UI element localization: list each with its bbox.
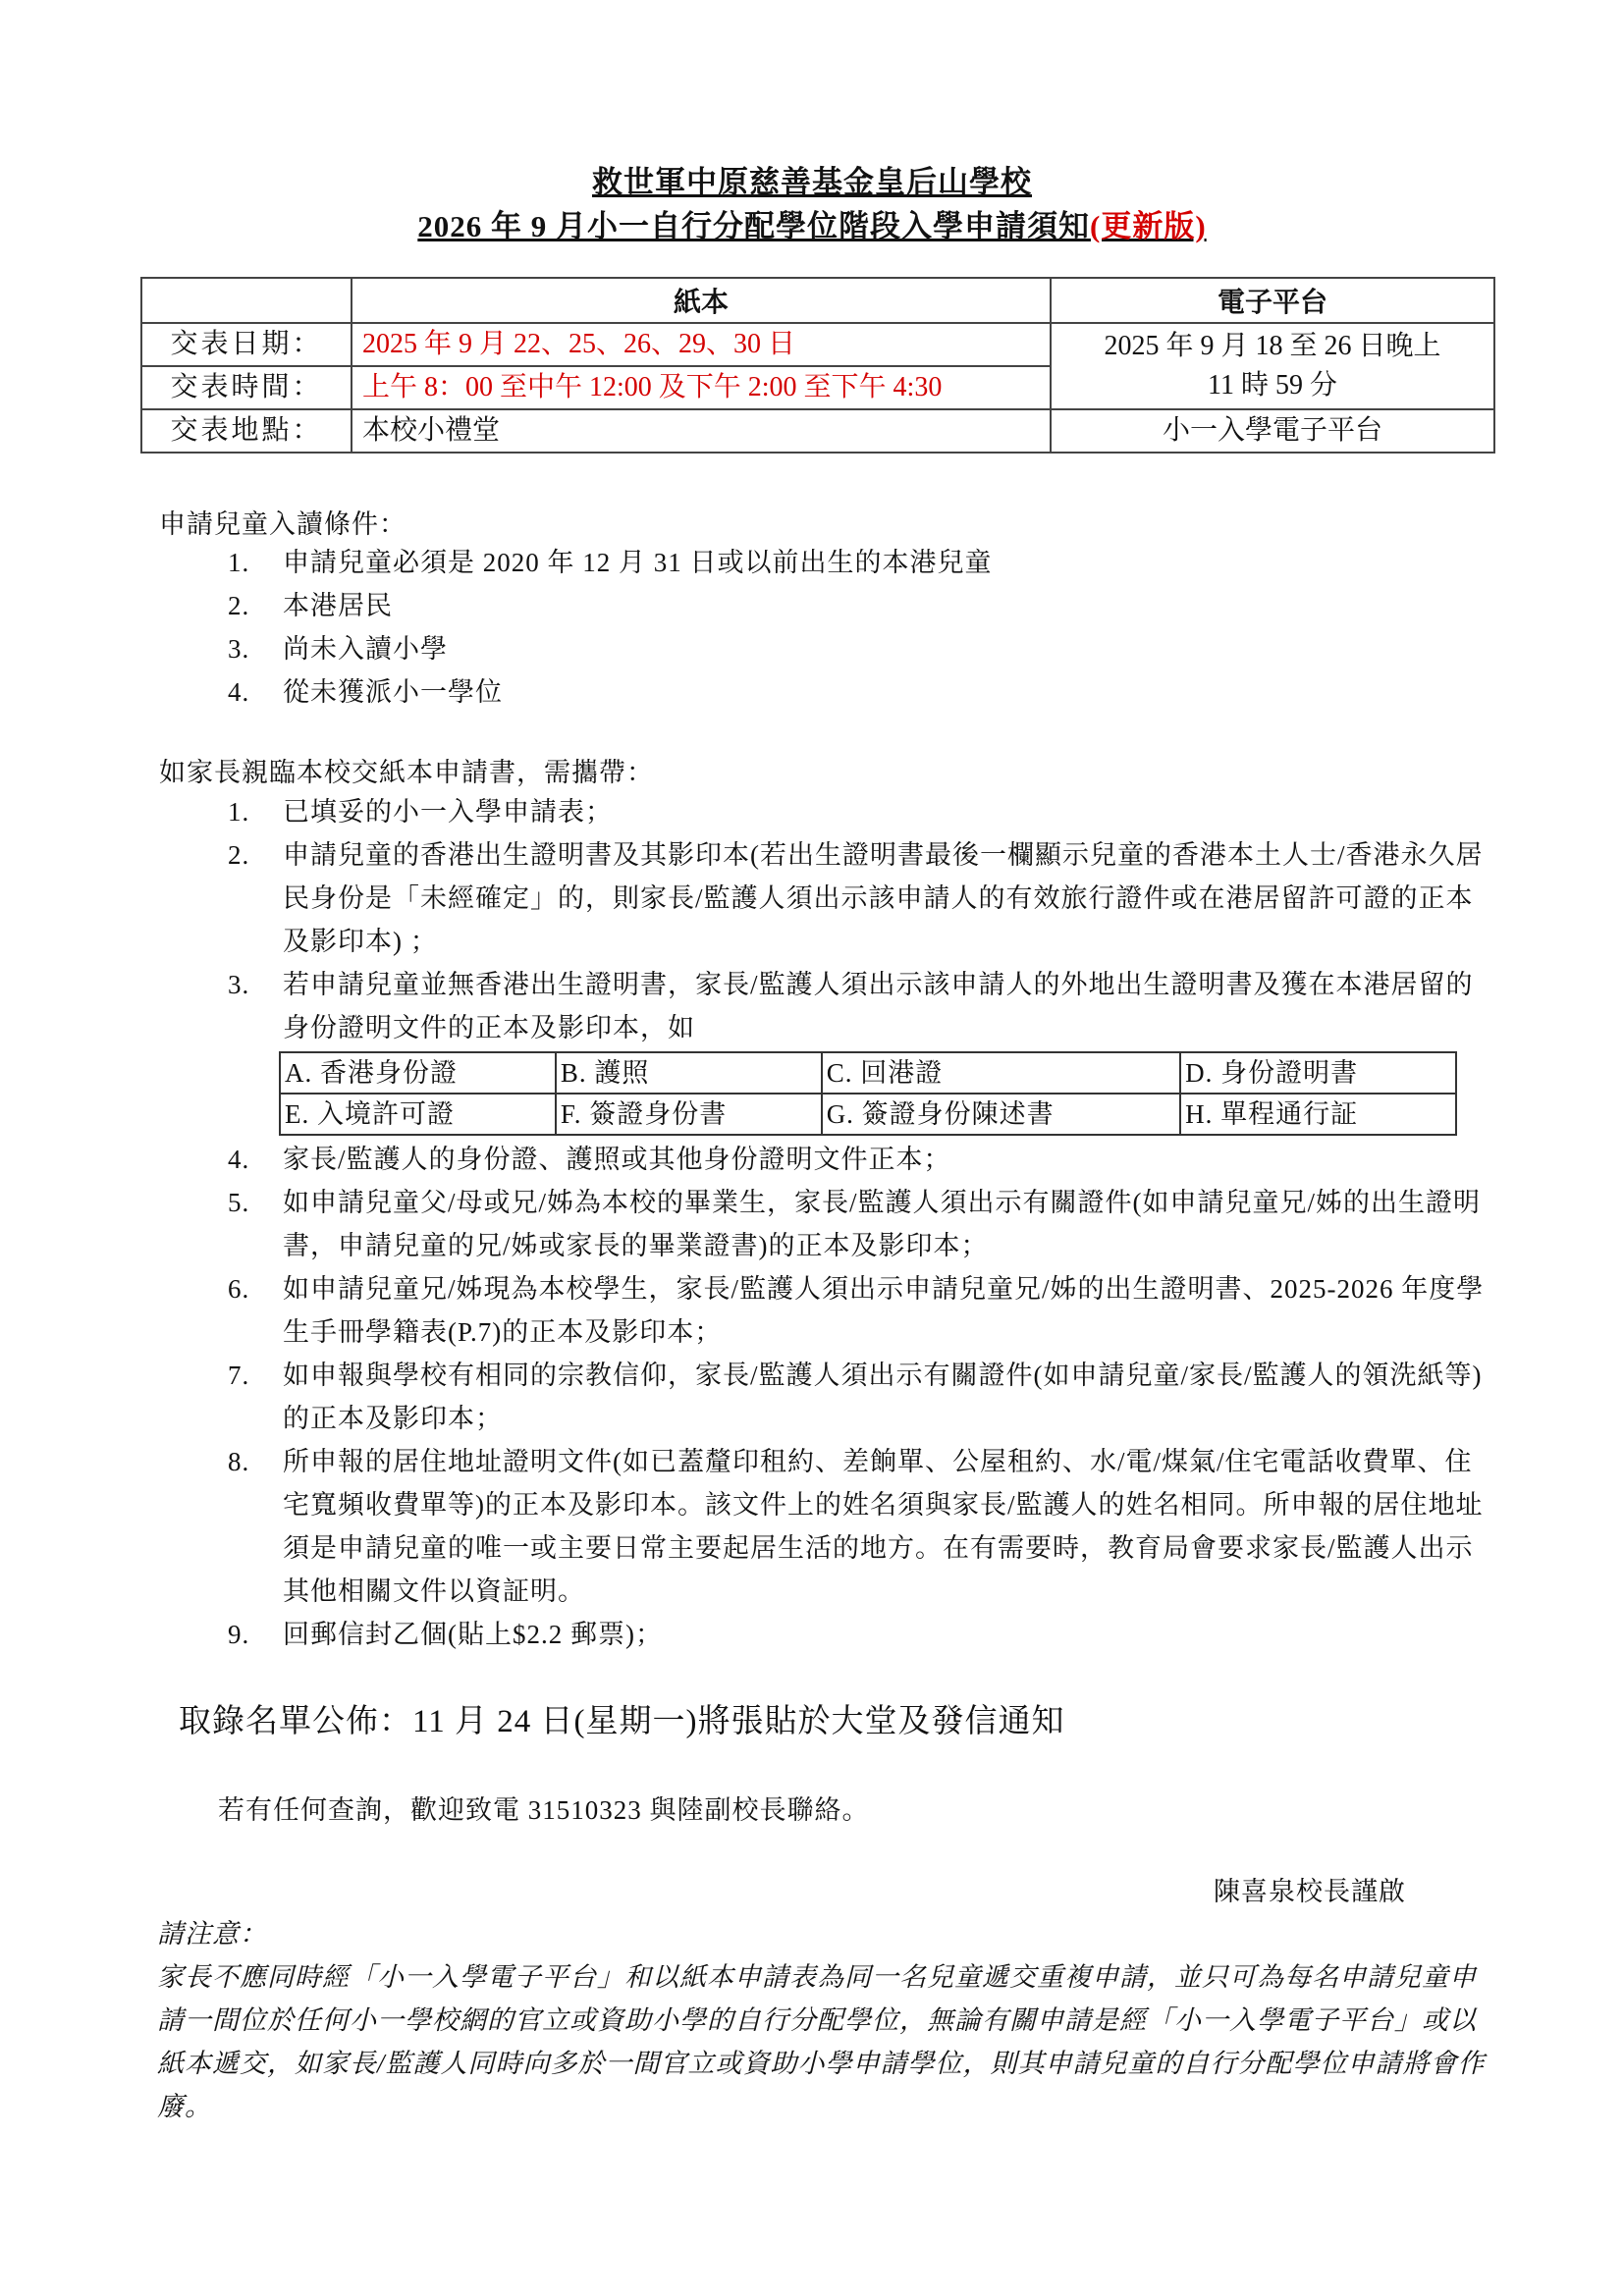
admission-announcement: 取錄名單公佈：11 月 24 日(星期一)將張貼於大堂及發信通知 <box>179 1695 1065 1741</box>
eplatform-venue: 小一入學電子平台 <box>1051 409 1494 453</box>
list-item: 4.從未獲派小一學位 <box>228 670 1494 714</box>
notice-title: 2026 年 9 月小一自行分配學位階段入學申請須知(更新版) <box>0 201 1624 245</box>
doc-cell: H. 單程通行証 <box>1180 1094 1456 1135</box>
col-header-paper: 紙本 <box>352 278 1051 323</box>
principal-signature: 陳喜泉校長謹啟 <box>1214 1870 1406 1908</box>
enquiry-text: 若有任何查詢，歡迎致電 31510323 與陸副校長聯絡。 <box>218 1789 870 1827</box>
eligibility-list: 1.申請兒童必須是 2020 年 12 月 31 日或以前出生的本港兒童 2.本… <box>228 541 1494 714</box>
doc-cell: E. 入境許可證 <box>280 1094 556 1135</box>
documents-heading: 如家長親臨本校交紙本申請書，需攜帶： <box>159 751 654 789</box>
eplatform-period-line2: 11 時 59 分 <box>1061 366 1484 405</box>
notice-body: 家長不應同時經「小一入學電子平台」和以紙本申請表為同一名兒童遞交重複申請，並只可… <box>157 1955 1492 2128</box>
notice-title-text: 2026 年 9 月小一自行分配學位階段入學申請須知 <box>417 209 1090 243</box>
row-label-date: 交表日期： <box>141 323 352 366</box>
list-item: 2.申請兒童的香港出生證明書及其影印本(若出生證明書最後一欄顯示兒童的香港本土人… <box>228 833 1494 963</box>
col-header-eplatform: 電子平台 <box>1051 278 1494 323</box>
notice-heading: 請注意： <box>157 1912 1492 1955</box>
list-item: 7.如申報與學校有相同的宗教信仰，家長/監護人須出示有關證件(如申請兒童/家長/… <box>228 1354 1494 1440</box>
list-item: 1.已填妥的小一入學申請表； <box>228 790 1494 833</box>
id-document-table: A. 香港身份證 B. 護照 C. 回港證 D. 身份證明書 E. 入境許可證 … <box>279 1051 1457 1136</box>
doc-cell: G. 簽證身份陳述書 <box>822 1094 1180 1135</box>
doc-cell: B. 護照 <box>556 1052 822 1094</box>
school-name: 救世軍中原慈善基金皇后山學校 <box>0 157 1624 201</box>
paper-date: 2025 年 9 月 22、25、26、29、30 日 <box>352 323 1051 366</box>
list-item: 3.若申請兒童並無香港出生證明書，家長/監護人須出示該申請人的外地出生證明書及獲… <box>228 963 1494 1136</box>
doc-cell: F. 簽證身份書 <box>556 1094 822 1135</box>
paper-time: 上午 8：00 至中午 12:00 及下午 2:00 至下午 4:30 <box>352 366 1051 409</box>
eplatform-period-line1: 2025 年 9 月 18 至 26 日晚上 <box>1061 327 1484 366</box>
eplatform-period: 2025 年 9 月 18 至 26 日晚上 11 時 59 分 <box>1051 323 1494 409</box>
list-item: 6.如申請兒童兄/姊現為本校學生，家長/監護人須出示申請兒童兄/姊的出生證明書、… <box>228 1267 1494 1354</box>
list-item: 3.尚未入讀小學 <box>228 627 1494 670</box>
doc-cell: A. 香港身份證 <box>280 1052 556 1094</box>
table-row: 交表日期： 2025 年 9 月 22、25、26、29、30 日 2025 年… <box>141 323 1494 366</box>
doc-cell: D. 身份證明書 <box>1180 1052 1456 1094</box>
documents-list: 1.已填妥的小一入學申請表； 2.申請兒童的香港出生證明書及其影印本(若出生證明… <box>228 790 1494 1656</box>
table-header-row: 紙本 電子平台 <box>141 278 1494 323</box>
row-label-time: 交表時間： <box>141 366 352 409</box>
table-row: A. 香港身份證 B. 護照 C. 回港證 D. 身份證明書 <box>280 1052 1456 1094</box>
list-item: 8.所申報的居住地址證明文件(如已蓋釐印租約、差餉單、公屋租約、水/電/煤氣/住… <box>228 1440 1494 1613</box>
eligibility-heading: 申請兒童入讀條件： <box>159 503 406 541</box>
list-item: 4.家長/監護人的身份證、護照或其他身份證明文件正本； <box>228 1138 1494 1181</box>
paper-venue: 本校小禮堂 <box>352 409 1051 453</box>
col-header-blank <box>141 278 352 323</box>
table-row: E. 入境許可證 F. 簽證身份書 G. 簽證身份陳述書 H. 單程通行証 <box>280 1094 1456 1135</box>
notice-block: 請注意： 家長不應同時經「小一入學電子平台」和以紙本申請表為同一名兒童遞交重複申… <box>157 1912 1492 2128</box>
doc-cell: C. 回港證 <box>822 1052 1180 1094</box>
row-label-venue: 交表地點： <box>141 409 352 453</box>
list-item: 1.申請兒童必須是 2020 年 12 月 31 日或以前出生的本港兒童 <box>228 541 1494 584</box>
list-item: 2.本港居民 <box>228 584 1494 627</box>
updated-tag: (更新版) <box>1090 209 1207 243</box>
list-item: 9.回郵信封乙個(貼上$2.2 郵票)； <box>228 1613 1494 1656</box>
table-row: 交表地點： 本校小禮堂 小一入學電子平台 <box>141 409 1494 453</box>
list-item: 5.如申請兒童父/母或兄/姊為本校的畢業生，家長/監護人須出示有關證件(如申請兒… <box>228 1181 1494 1267</box>
schedule-table: 紙本 電子平台 交表日期： 2025 年 9 月 22、25、26、29、30 … <box>140 277 1495 454</box>
